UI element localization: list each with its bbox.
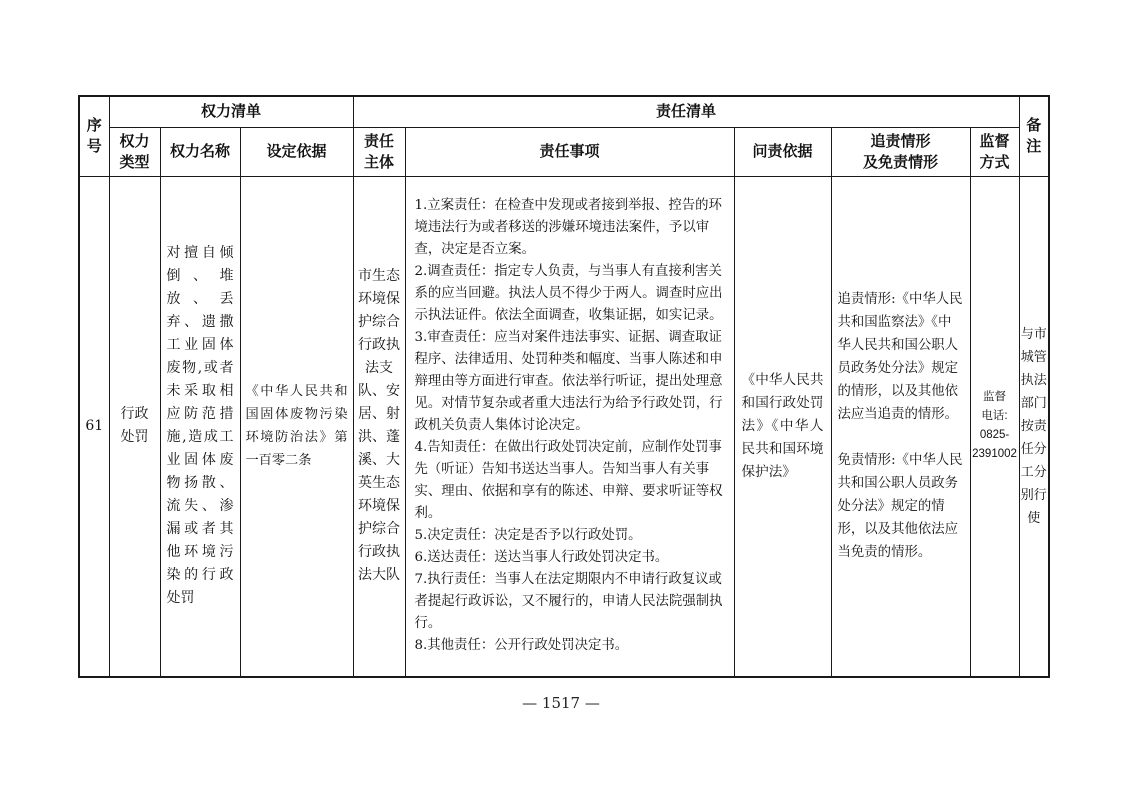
col-header-power-list: 权力清单 xyxy=(109,96,353,127)
cell-serial: 61 xyxy=(79,176,109,677)
power-responsibility-table: 序 号 权力清单 责任清单 备 注 权力 类型 权力名称 设定依据 责任 主体 … xyxy=(78,95,1050,678)
table-row: 61 行政 处罚 对擅自倾倒、堆放、丢弃、遗撒工业固体废物,或者未采取相应防范措… xyxy=(79,176,1049,677)
cell-power-type: 行政 处罚 xyxy=(109,176,160,677)
cell-remarks: 与市 城管 执法 部门 按责 任分 工分 别行 使 xyxy=(1019,176,1049,677)
cell-accountability-situations: 追责情形:《中华人民共和国监察法》《中华人民共和国公职人员政务处分法》规定的情形… xyxy=(831,176,970,677)
col-header-power-type: 权力 类型 xyxy=(109,127,160,176)
exemption-situations-text: 免责情形:《中华人民共和国公职人员政务处分法》规定的情形，以及其他依法应当免责的… xyxy=(838,449,964,564)
col-header-setting-basis: 设定依据 xyxy=(240,127,353,176)
col-header-accountability-situations: 追责情形 及免责情形 xyxy=(831,127,970,176)
header-row-sub: 权力 类型 权力名称 设定依据 责任 主体 责任事项 问责依据 追责情形 及免责… xyxy=(79,127,1049,176)
col-header-remarks: 备 注 xyxy=(1019,96,1049,176)
col-header-responsibility-items: 责任事项 xyxy=(405,127,734,176)
cell-power-name: 对擅自倾倒、堆放、丢弃、遗撒工业固体废物,或者未采取相应防范措施,造成工业固体废… xyxy=(160,176,240,677)
page-number: — 1517 — xyxy=(0,694,1122,712)
cell-supervision-method: 监督 电话: 0825- 2391002 xyxy=(970,176,1019,677)
document-page: 序 号 权力清单 责任清单 备 注 权力 类型 权力名称 设定依据 责任 主体 … xyxy=(0,0,1122,793)
cell-responsibility-subject: 市生态环境保护综合行政执法支队、安居、射洪、蓬溪、大英生态环境保护综合行政执法大… xyxy=(353,176,405,677)
cell-setting-basis: 《中华人民共和国固体废物污染环境防治法》第一百零二条 xyxy=(240,176,353,677)
col-header-responsibility-list: 责任清单 xyxy=(353,96,1019,127)
col-header-serial: 序 号 xyxy=(79,96,109,176)
header-row-top: 序 号 权力清单 责任清单 备 注 xyxy=(79,96,1049,127)
col-header-supervision-method: 监督 方式 xyxy=(970,127,1019,176)
accountability-situations-text: 追责情形:《中华人民共和国监察法》《中华人民共和国公职人员政务处分法》规定的情形… xyxy=(838,288,964,426)
cell-responsibility-items: 1.立案责任：在检查中发现或者接到举报、控告的环境违法行为或者移送的涉嫌环境违法… xyxy=(405,176,734,677)
cell-accountability-basis: 《中华人民共和国行政处罚法》《中华人民共和国环境保护法》 xyxy=(734,176,831,677)
col-header-power-name: 权力名称 xyxy=(160,127,240,176)
col-header-accountability-basis: 问责依据 xyxy=(734,127,831,176)
col-header-responsibility-subject: 责任 主体 xyxy=(353,127,405,176)
